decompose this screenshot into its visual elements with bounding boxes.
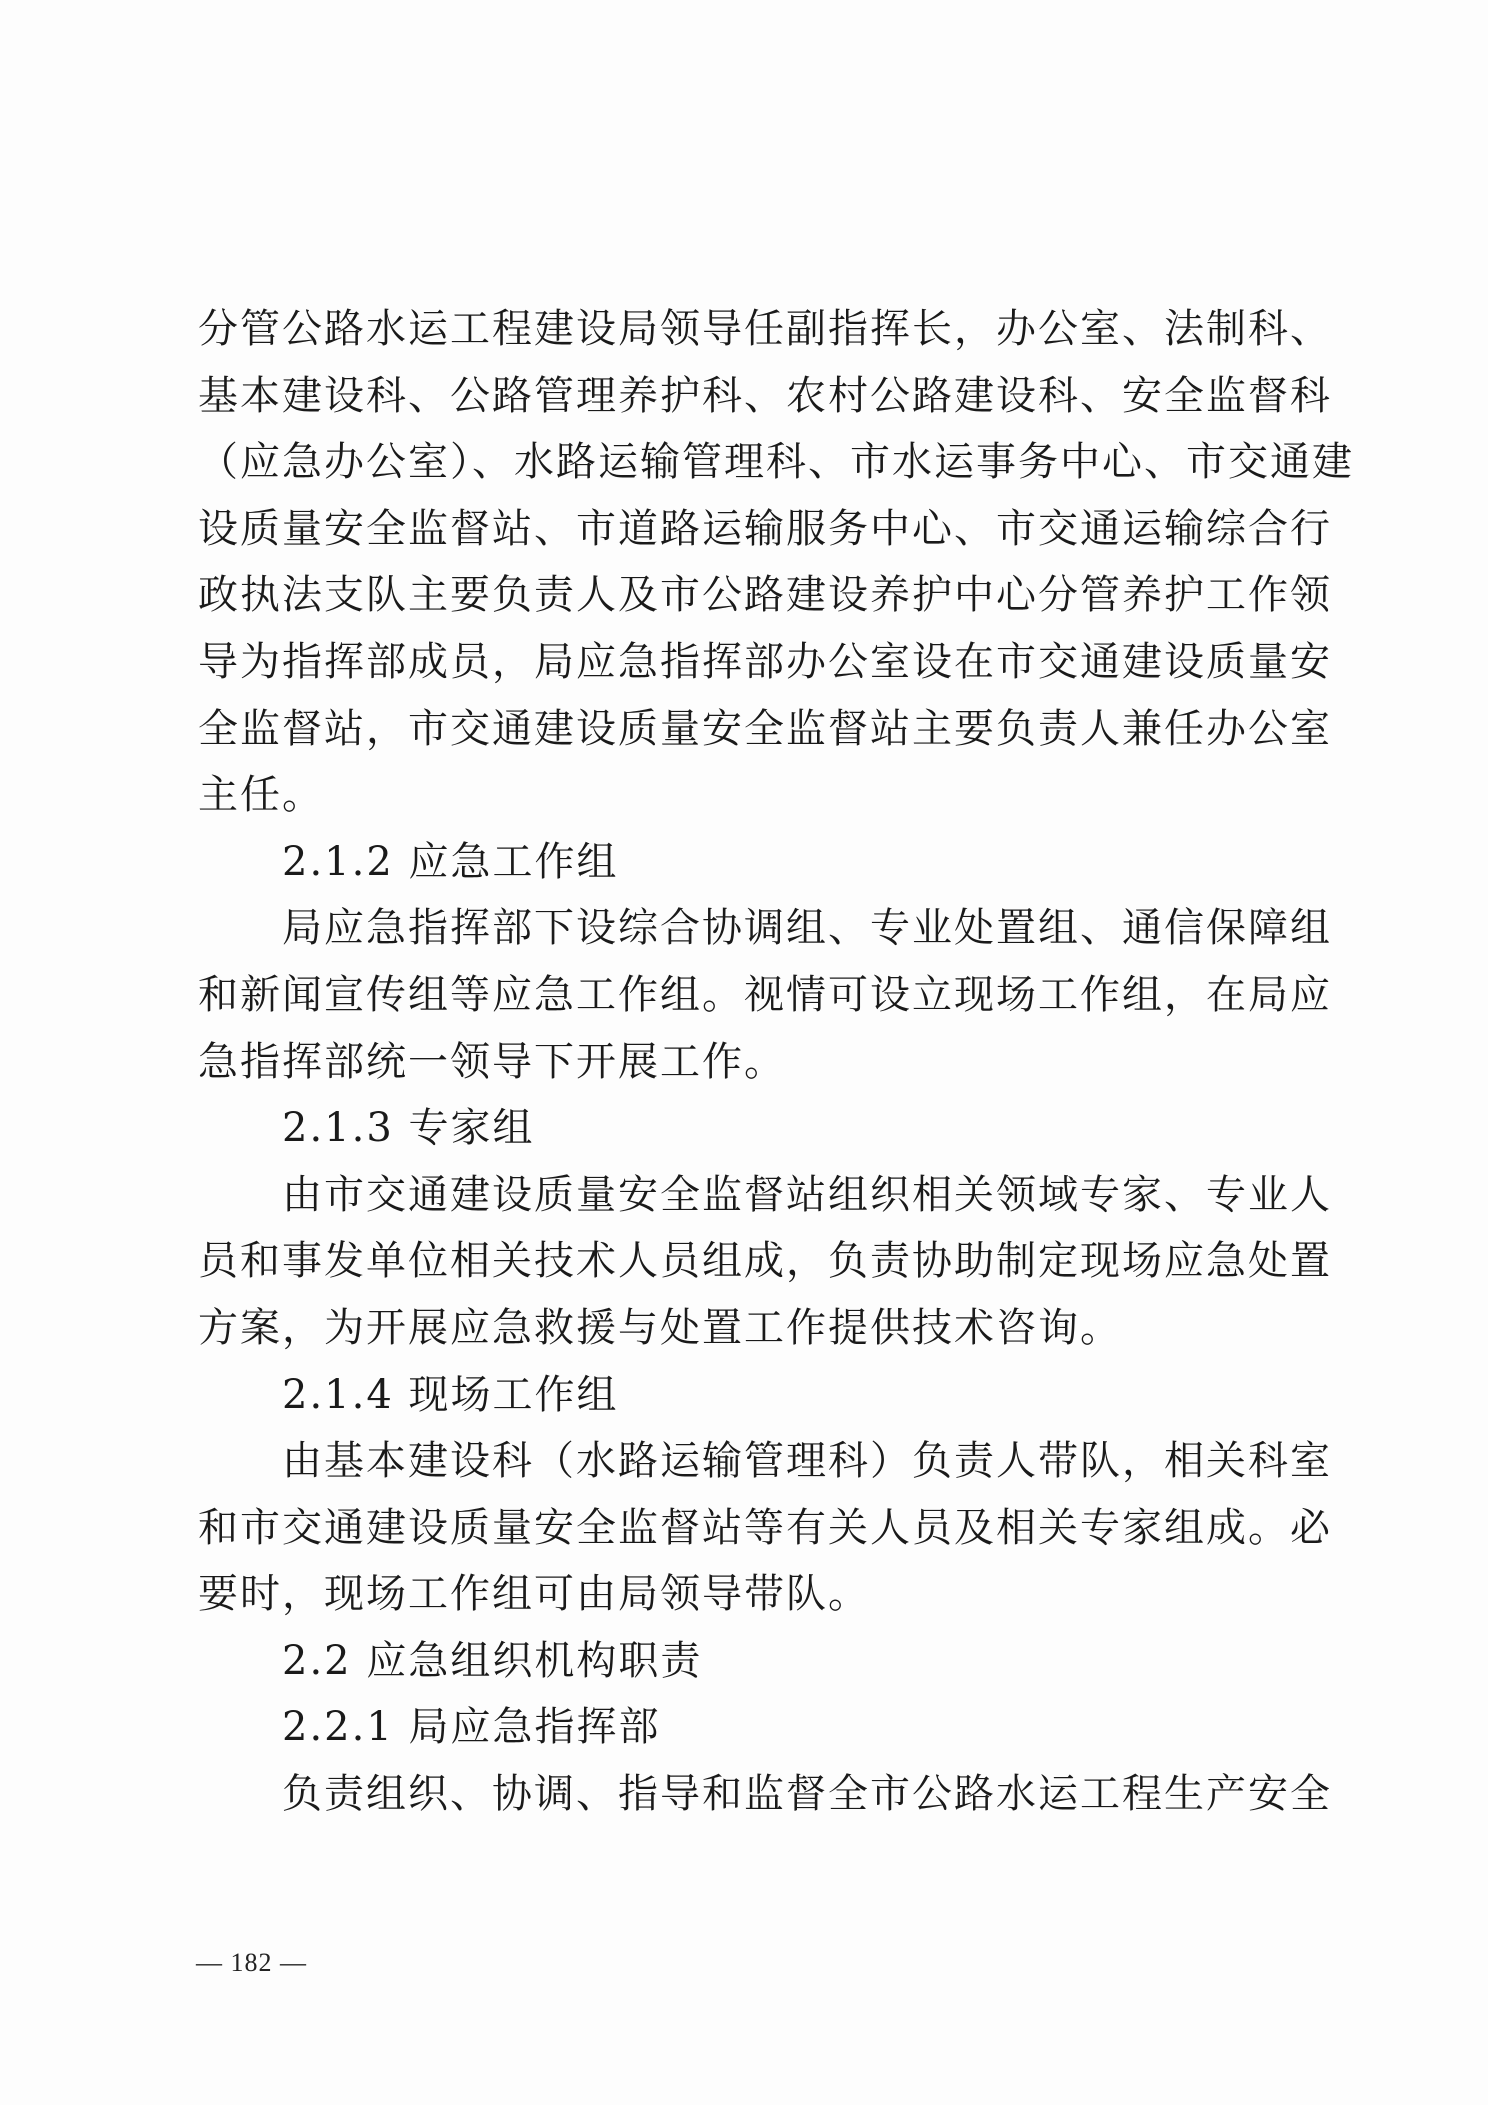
paragraph-line: 急指挥部统一领导下开展工作。	[198, 1029, 1288, 1096]
paragraph-line: 主任。	[198, 762, 1288, 829]
paragraph-line: 员和事发单位相关技术人员组成，负责协助制定现场应急处置	[198, 1228, 1288, 1295]
paragraph-line: 全监督站，市交通建设质量安全监督站主要负责人兼任办公室	[198, 696, 1288, 763]
document-body: 分管公路水运工程建设局领导任副指挥长，办公室、法制科、 基本建设科、公路管理养护…	[198, 296, 1288, 1828]
page-number: — 182 —	[196, 1948, 307, 1978]
paragraph-line: 政执法支队主要负责人及市公路建设养护中心分管养护工作领	[198, 562, 1288, 629]
document-page: 分管公路水运工程建设局领导任副指挥长，办公室、法制科、 基本建设科、公路管理养护…	[0, 0, 1488, 2105]
paragraph-line: （应急办公室）、水路运输管理科、市水运事务中心、市交通建	[198, 429, 1288, 496]
paragraph-line: 局应急指挥部下设综合协调组、专业处置组、通信保障组	[198, 895, 1288, 962]
section-heading-2-1-3: 2.1.3 专家组	[198, 1095, 1288, 1162]
paragraph-line: 由基本建设科（水路运输管理科）负责人带队，相关科室	[198, 1428, 1288, 1495]
paragraph-line: 和市交通建设质量安全监督站等有关人员及相关专家组成。必	[198, 1495, 1288, 1562]
section-heading-2-1-4: 2.1.4 现场工作组	[198, 1362, 1288, 1429]
paragraph-line: 要时，现场工作组可由局领导带队。	[198, 1561, 1288, 1628]
section-heading-2-2-1: 2.2.1 局应急指挥部	[198, 1694, 1288, 1761]
paragraph-line: 基本建设科、公路管理养护科、农村公路建设科、安全监督科	[198, 363, 1288, 430]
paragraph-line: 分管公路水运工程建设局领导任副指挥长，办公室、法制科、	[198, 296, 1288, 363]
paragraph-line: 设质量安全监督站、市道路运输服务中心、市交通运输综合行	[198, 496, 1288, 563]
paragraph-line: 方案，为开展应急救援与处置工作提供技术咨询。	[198, 1295, 1288, 1362]
paragraph-line: 负责组织、协调、指导和监督全市公路水运工程生产安全	[198, 1761, 1288, 1828]
paragraph-line: 由市交通建设质量安全监督站组织相关领域专家、专业人	[198, 1162, 1288, 1229]
section-heading-2-1-2: 2.1.2 应急工作组	[198, 829, 1288, 896]
paragraph-line: 导为指挥部成员，局应急指挥部办公室设在市交通建设质量安	[198, 629, 1288, 696]
paragraph-line: 和新闻宣传组等应急工作组。视情可设立现场工作组，在局应	[198, 962, 1288, 1029]
section-heading-2-2: 2.2 应急组织机构职责	[198, 1628, 1288, 1695]
